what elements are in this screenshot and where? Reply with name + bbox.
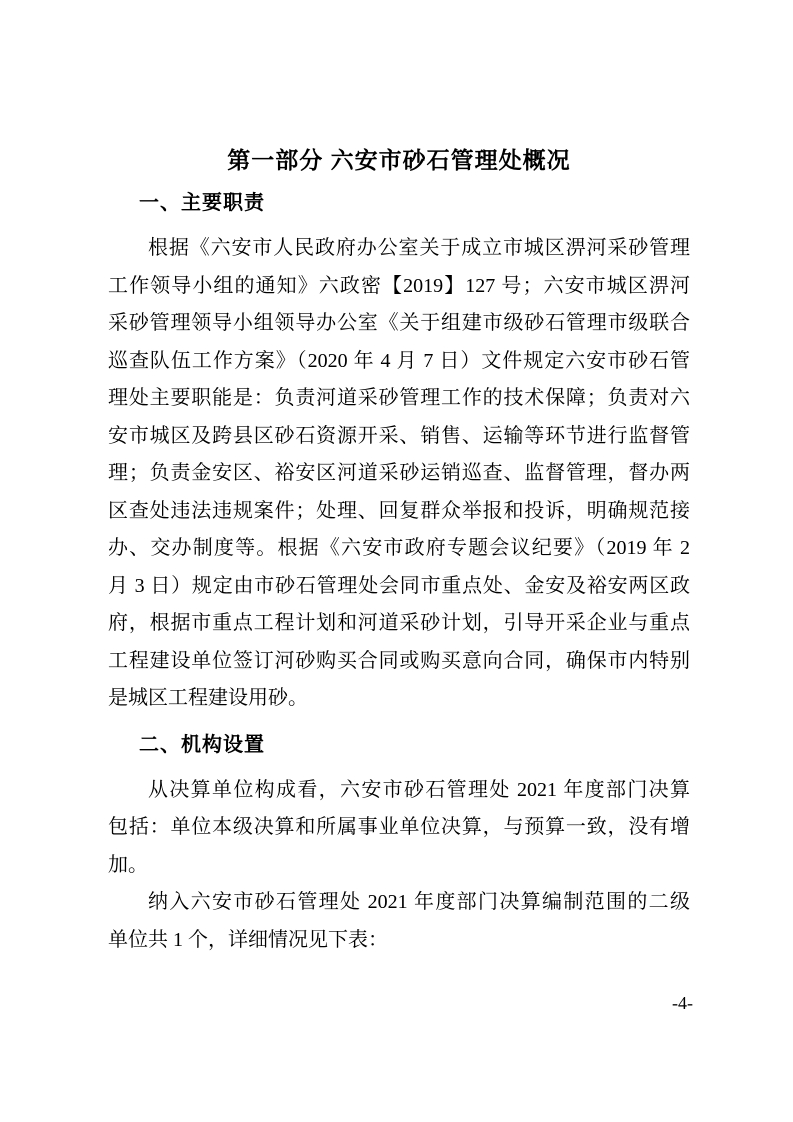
text-line: 加。 — [108, 847, 690, 885]
document-page: 第一部分 六安市砂石管理处概况 一、主要职责根据《六安市人民政府办公室关于成立市… — [0, 0, 793, 1122]
text-line: 从决算单位构成看，六安市砂石管理处 2021 年度部门决算 — [108, 772, 690, 810]
text-line: 包括：单位本级决算和所属事业单位决算，与预算一致，没有增 — [108, 809, 690, 847]
text-line: 区查处违法违规案件；处理、回复群众举报和投诉，明确规范接 — [108, 493, 690, 531]
text-line: 纳入六安市砂石管理处 2021 年度部门决算编制范围的二级 — [108, 884, 690, 922]
document-body: 一、主要职责根据《六安市人民政府办公室关于成立市城区淠河采砂管理工作领导小组的通… — [108, 190, 690, 959]
text-line: 单位共 1 个，详细情况见下表： — [108, 922, 690, 960]
text-line: 月 3 日）规定由市砂石管理处会同市重点处、金安及裕安两区政 — [108, 568, 690, 606]
paragraph: 纳入六安市砂石管理处 2021 年度部门决算编制范围的二级单位共 1 个，详细情… — [108, 884, 690, 959]
text-line: 办、交办制度等。根据《六安市政府专题会议纪要》（2019 年 2 — [108, 530, 690, 568]
text-line: 理处主要职能是：负责河道采砂管理工作的技术保障；负责对六 — [108, 380, 690, 418]
section-heading: 一、主要职责 — [108, 190, 690, 216]
document-text-block: 第一部分 六安市砂石管理处概况 一、主要职责根据《六安市人民政府办公室关于成立市… — [108, 144, 690, 959]
paragraph: 从决算单位构成看，六安市砂石管理处 2021 年度部门决算包括：单位本级决算和所… — [108, 772, 690, 885]
text-line: 巡查队伍工作方案》（2020 年 4 月 7 日）文件规定六安市砂石管 — [108, 343, 690, 381]
text-line: 安市城区及跨县区砂石资源开采、销售、运输等环节进行监督管 — [108, 418, 690, 456]
text-line: 理；负责金安区、裕安区河道采砂运销巡查、监督管理，督办两 — [108, 455, 690, 493]
page-number: -4- — [672, 992, 693, 1014]
text-line: 工作领导小组的通知》六政密【2019】127 号；六安市城区淠河 — [108, 268, 690, 306]
text-line: 采砂管理领导小组领导办公室《关于组建市级砂石管理市级联合 — [108, 305, 690, 343]
text-line: 府，根据市重点工程计划和河道采砂计划，引导开采企业与重点 — [108, 605, 690, 643]
text-line: 工程建设单位签订河砂购买合同或购买意向合同，确保市内特别 — [108, 643, 690, 681]
text-line: 是城区工程建设用砂。 — [108, 680, 690, 718]
document-title: 第一部分 六安市砂石管理处概况 — [108, 144, 690, 176]
paragraph: 根据《六安市人民政府办公室关于成立市城区淠河采砂管理工作领导小组的通知》六政密【… — [108, 230, 690, 718]
text-line: 根据《六安市人民政府办公室关于成立市城区淠河采砂管理 — [108, 230, 690, 268]
section-heading: 二、机构设置 — [108, 732, 690, 758]
